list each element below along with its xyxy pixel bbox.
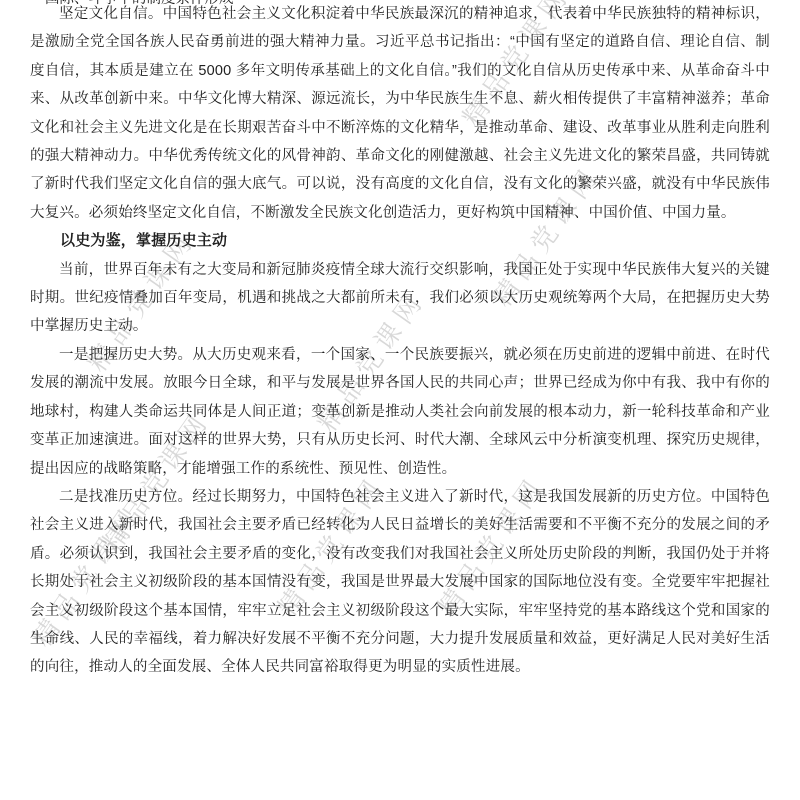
paragraph-cultural-confidence: 坚定文化自信。中国特色社会主义文化积淀着中华民族最深沉的精神追求，代表着中华民族… [30, 0, 770, 227]
paragraph-historical-position: 二是找准历史方位。经过长期努力，中国特色社会主义进入了新时代，这是我国发展新的历… [30, 483, 770, 682]
document-page: 精品党课网 精品党课网 精品党课网 精品党课网 精品党课网 精品党课网 精品党课… [0, 0, 800, 800]
paragraph-historical-trend: 一是把握历史大势。从大历史观来看，一个国家、一个民族要振兴，就必须在历史前进的逻… [30, 341, 770, 483]
paragraph-current-situation: 当前，世界百年未有之大变局和新冠肺炎疫情全球大流行交织影响，我国正处于实现中华民… [30, 256, 770, 341]
section-heading-history: 以史为鉴，掌握历史主动 [30, 227, 770, 255]
document-body: 坚定文化自信。中国特色社会主义文化积淀着中华民族最深沉的精神追求，代表着中华民族… [0, 0, 800, 682]
